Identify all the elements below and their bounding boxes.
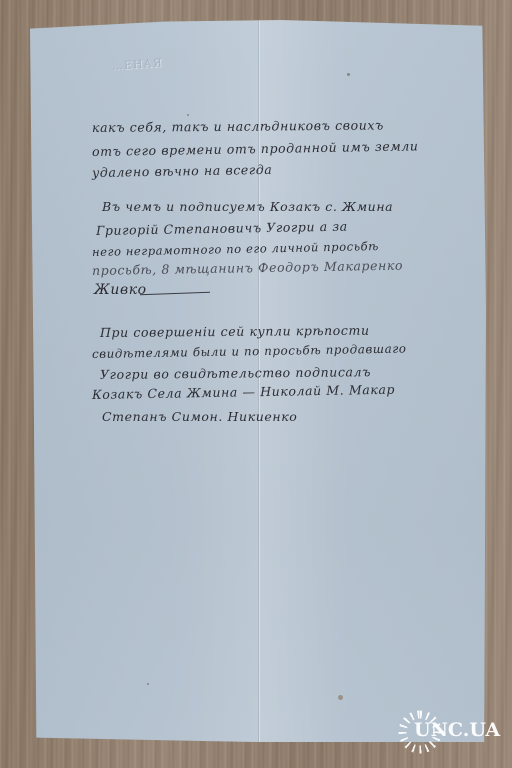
manuscript-page: …ЕНАЯ какъ себя, такъ и наслѣдниковъ сво… — [30, 20, 486, 742]
paper-stain — [338, 695, 343, 700]
text-line: какъ себя, такъ и наслѣдниковъ своихъ — [92, 117, 384, 135]
signature-line: Живко — [94, 282, 147, 298]
paper-speck — [187, 114, 189, 116]
text-line: Угогри во свидѣтельство подписалъ — [100, 364, 371, 382]
paper-speck — [147, 683, 149, 685]
text-line: Въ чемъ и подписуемъ Козакъ с. Жмина — [102, 199, 393, 214]
unc-ua-watermark: UNC.UA — [398, 708, 508, 758]
watermark-text: UNC.UA — [414, 719, 500, 741]
text-line: Степанъ Симон. Никиенко — [102, 409, 297, 424]
text-line: При совершеніи сей купли крѣпости — [100, 323, 370, 340]
paper-speck — [347, 73, 350, 76]
text-line: удалено вѣчно на всегда — [92, 162, 273, 180]
paper-speck — [44, 22, 46, 24]
